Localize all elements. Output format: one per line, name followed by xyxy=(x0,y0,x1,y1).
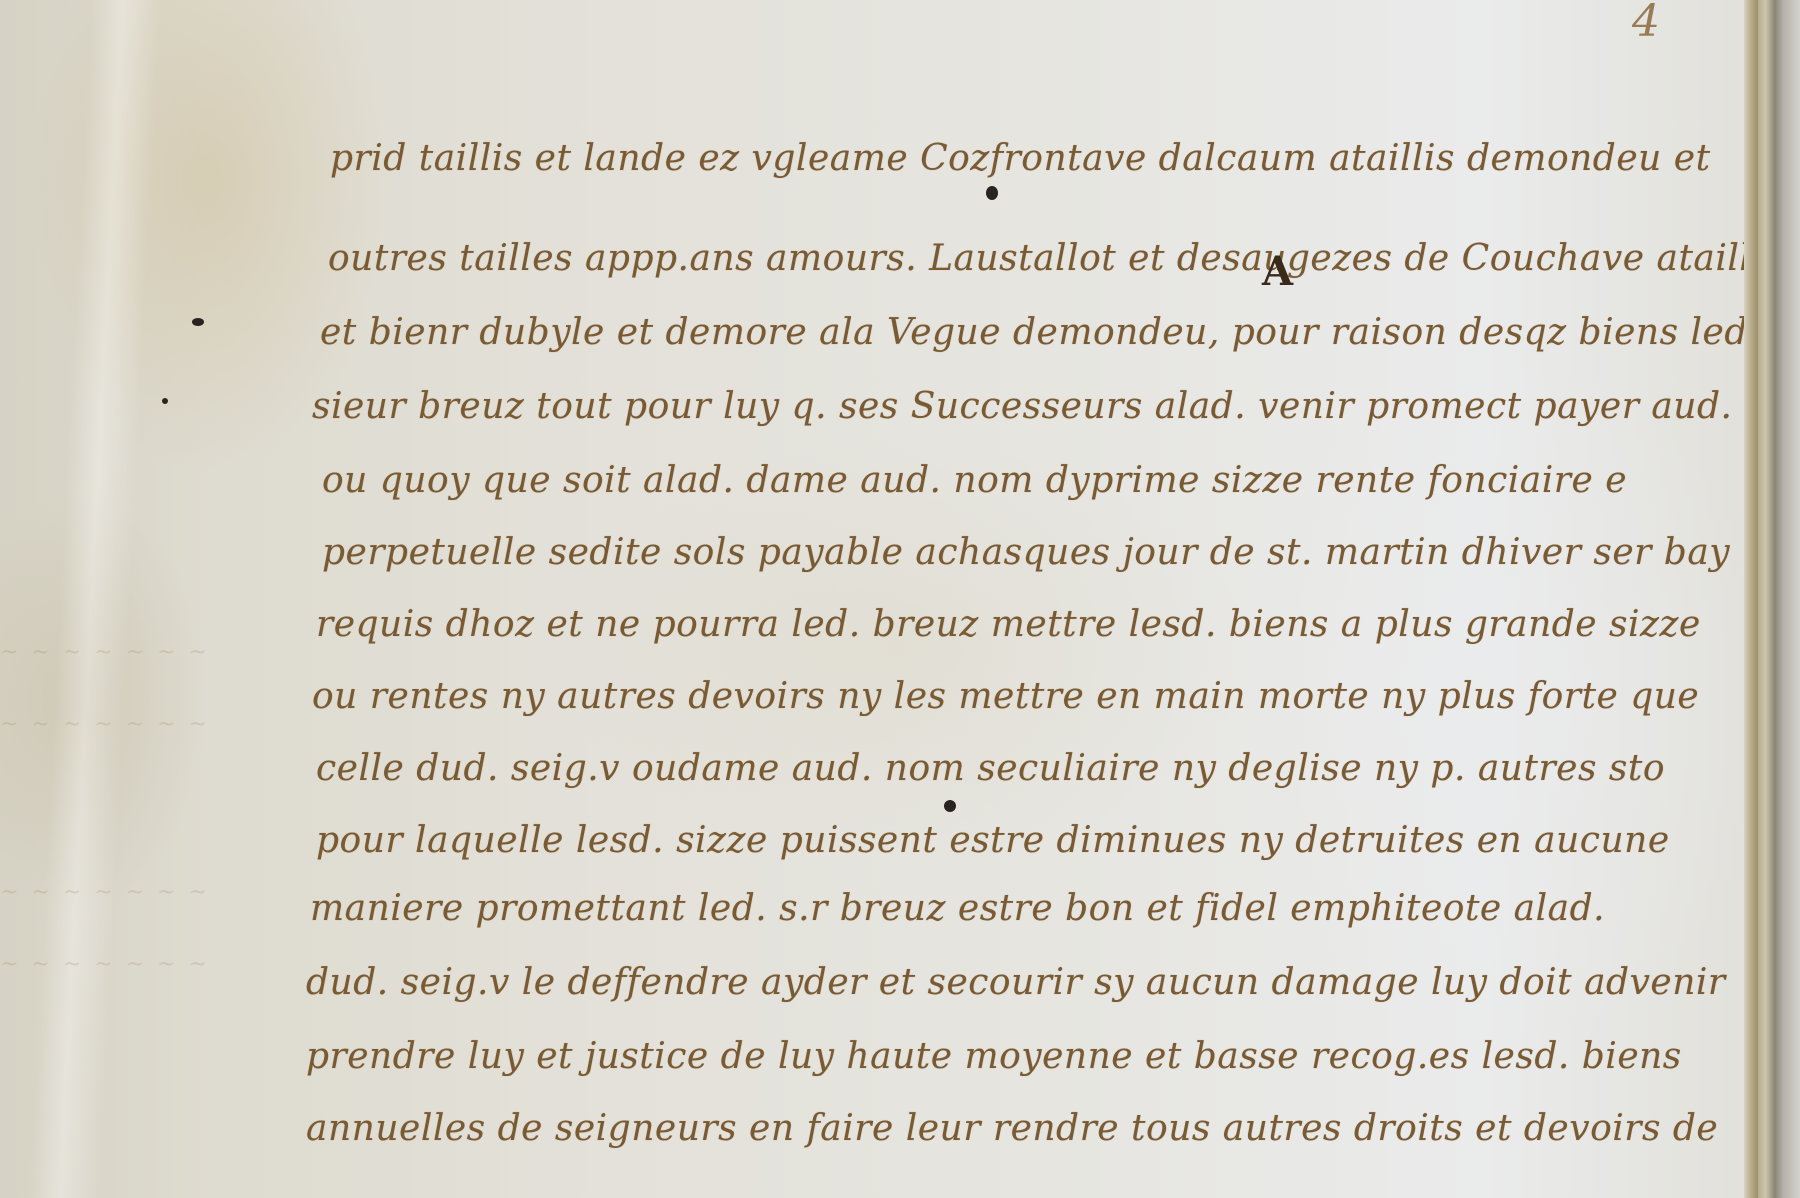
text-line: requis dhoz et ne pourra led. breuz mett… xyxy=(316,604,1736,645)
text-line: pour laquelle lesd. sizze puissent estre… xyxy=(316,820,1736,861)
ink-spot xyxy=(944,800,956,812)
text-line: celle dud. seig.v oudame aud. nom seculi… xyxy=(316,748,1736,789)
text-line: prendre luy et justice de luy haute moye… xyxy=(306,1036,1726,1077)
text-line: prid taillis et lande ez vgleame Cozfron… xyxy=(330,138,1750,179)
binding-strip xyxy=(1758,0,1800,1198)
text-line: ou rentes ny autres devoirs ny les mettr… xyxy=(312,676,1732,717)
ink-spot xyxy=(986,186,998,200)
text-line: outres tailles appp.ans amours. Laustall… xyxy=(328,238,1748,279)
text-line: perpetuelle sedite sols payable achasque… xyxy=(322,532,1742,573)
manuscript-text: prid taillis et lande ez vgleame Cozfron… xyxy=(0,0,1744,1198)
text-line: dud. seig.v le deffendre ayder et secour… xyxy=(306,962,1726,1003)
page-edge xyxy=(1744,0,1758,1198)
text-line: sieur breuz tout pour luy q. ses Success… xyxy=(312,386,1732,427)
manuscript-page: ~ ~ ~ ~ ~ ~ ~ ~ ~ ~ ~ ~ ~ ~ ~ ~ ~ ~ ~ ~ … xyxy=(0,0,1744,1198)
text-line: maniere promettant led. s.r breuz estre … xyxy=(310,888,1730,929)
ink-spot xyxy=(162,398,168,404)
text-line: ou quoy que soit alad. dame aud. nom dyp… xyxy=(322,460,1742,501)
text-line: et bienr dubyle et demore ala Vegue demo… xyxy=(320,312,1740,353)
manuscript-photo: ~ ~ ~ ~ ~ ~ ~ ~ ~ ~ ~ ~ ~ ~ ~ ~ ~ ~ ~ ~ … xyxy=(0,0,1800,1198)
text-line: annuelles de seigneurs en faire leur ren… xyxy=(306,1108,1726,1149)
insertion-mark: A xyxy=(1262,248,1293,295)
ink-spot xyxy=(192,318,204,326)
